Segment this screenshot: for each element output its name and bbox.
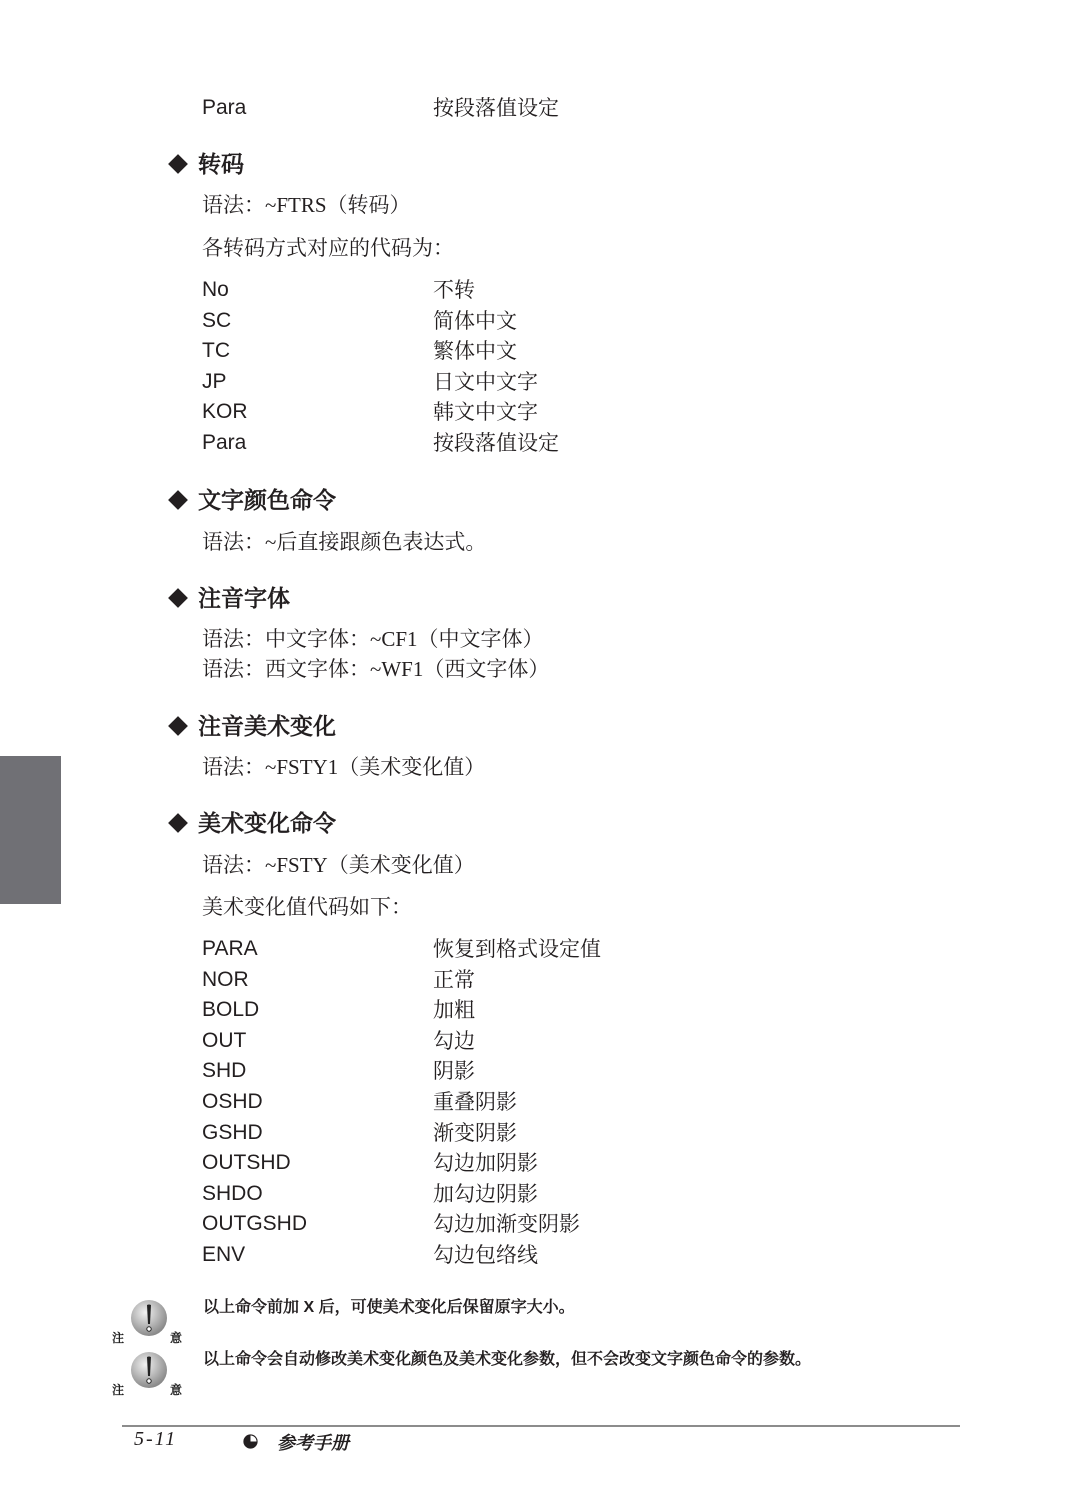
svg-text:注: 注 <box>112 1382 124 1397</box>
note-text: 以上命令前加 X 后，可使美术变化后保留原字大小。 <box>203 1297 575 1319</box>
section-heading-text-color: 文字颜色命令 <box>167 485 336 515</box>
diamond-bullet-icon <box>168 717 188 737</box>
syntax-line: 语法：~后直接跟颜色表达式。 <box>202 527 486 557</box>
code-description: 按段落值设定 <box>433 93 559 123</box>
section-heading-ruby-art: 注音美术变化 <box>167 711 336 741</box>
footer-divider <box>122 1425 960 1427</box>
syntax-line: 语法：西文字体：~WF1（西文字体） <box>202 654 549 684</box>
intro-line: 美术变化值代码如下： <box>202 892 412 922</box>
manual-title: 参考手册 <box>277 1429 349 1455</box>
note-text: 以上命令会自动修改美术变化颜色及美术变化参数，但不会改变文字颜色命令的参数。 <box>203 1349 811 1371</box>
section-heading-ruby-font: 注音字体 <box>167 583 290 613</box>
page-number: 5-11 <box>134 1428 177 1451</box>
syntax-line: 语法：~FSTY1（美术变化值） <box>202 752 485 782</box>
svg-text:注: 注 <box>112 1330 124 1345</box>
svg-text:意: 意 <box>170 1330 182 1345</box>
section-heading-art-style: 美术变化命令 <box>167 808 336 838</box>
diamond-bullet-icon <box>168 155 188 175</box>
code: Para <box>202 93 246 123</box>
intro-line: 各转码方式对应的代码为： <box>202 233 454 263</box>
attention-icon: 注 意 <box>110 1296 188 1346</box>
diamond-bullet-icon <box>168 814 188 834</box>
svg-text:意: 意 <box>170 1382 182 1397</box>
diamond-bullet-icon <box>168 491 188 511</box>
section-heading-transcode: 转码 <box>167 149 244 179</box>
syntax-line: 语法：~FTRS（转码） <box>202 190 411 220</box>
diamond-bullet-icon <box>168 589 188 609</box>
syntax-line: 语法：中文字体：~CF1（中文字体） <box>202 624 544 654</box>
attention-icon: 注 意 <box>110 1348 188 1398</box>
chapter-side-tab <box>0 756 61 904</box>
syntax-line: 语法：~FSTY（美术变化值） <box>202 850 475 880</box>
half-circle-bullet-icon <box>243 1434 258 1449</box>
